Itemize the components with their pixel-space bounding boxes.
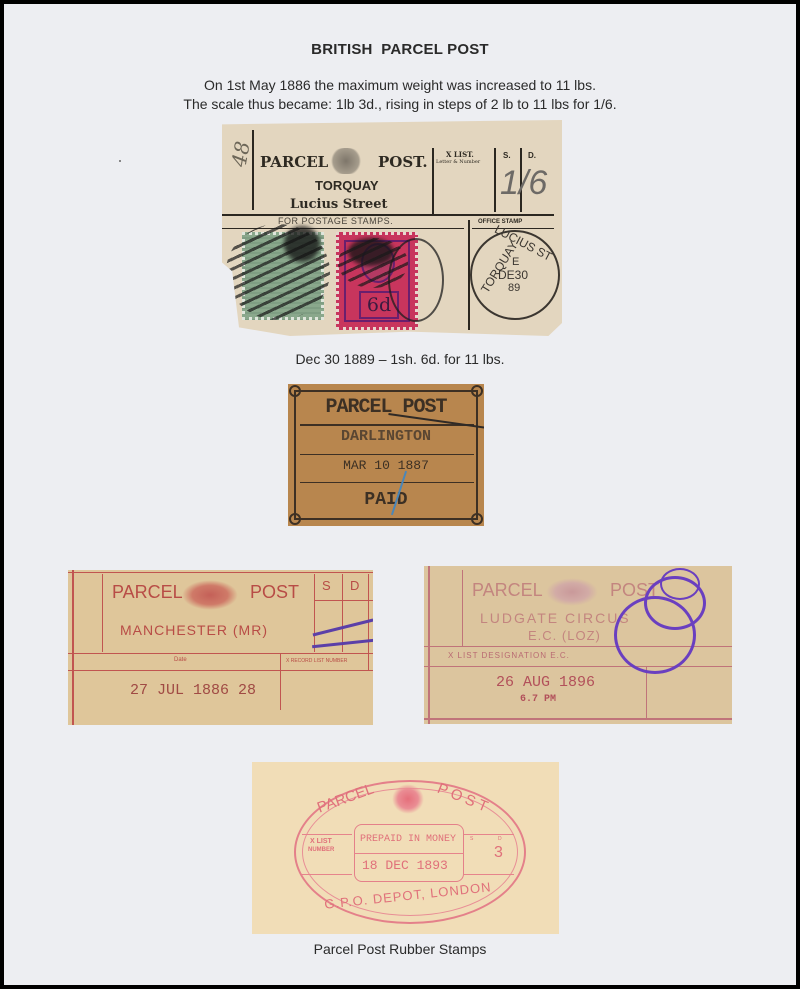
darlington-paid-label: PARCEL POST DARLINGTON MAR 10 1887 PAID (288, 384, 484, 526)
ink-blot (284, 226, 320, 262)
royal-crest-icon (329, 148, 363, 174)
label-parcel: PARCEL (260, 153, 328, 171)
rule (68, 670, 373, 671)
duplex-cancel-bars (338, 238, 408, 288)
amount-pence: 3 (494, 844, 503, 862)
manuscript-margin-note: 48 (227, 139, 255, 168)
manuscript-rate: 1/6 (500, 164, 547, 203)
rule (300, 454, 474, 455)
torquay-cds-postmark: LUCIUS ST E DE30 89 TORQUAY (470, 230, 560, 320)
label-post: POST (250, 582, 299, 603)
office-district: E.C. (LOZ) (528, 628, 601, 643)
label-date: 18 DEC 1893 (362, 858, 448, 873)
label-time: 6.7 PM (520, 694, 556, 705)
page-title: BRITISH PARCEL POST (4, 41, 796, 58)
column-s: S (470, 836, 473, 842)
rule (428, 566, 430, 724)
column-s: S. (503, 151, 511, 160)
royal-crest-icon (546, 578, 598, 606)
label-parcel: PARCEL (472, 580, 543, 601)
postage-stamps-header: FOR POSTAGE STAMPS. (278, 216, 393, 226)
rule (68, 653, 373, 654)
rule (68, 572, 373, 573)
label-date: 26 AUG 1896 (496, 674, 595, 691)
rule (314, 574, 315, 652)
rule (354, 853, 464, 854)
date-label: Date (174, 657, 187, 663)
column-d: D. (528, 151, 536, 160)
royal-crest-icon (182, 580, 238, 610)
column-d: D (498, 836, 502, 842)
ludgate-circus-parcel-label: PARCEL POST LUDGATE CIRCUS E.C. (LOZ) X … (424, 566, 732, 724)
intro-line-1: On 1st May 1886 the maximum weight was i… (4, 76, 796, 95)
label-date: MAR 10 1887 (288, 458, 484, 473)
x-list-header: X LIST. (446, 150, 474, 159)
label-title: PARCEL POST (288, 396, 484, 419)
album-page: BRITISH PARCEL POST On 1st May 1886 the … (4, 4, 796, 985)
manchester-parcel-label: PARCEL POST MANCHESTER (MR) S D Date X R… (68, 570, 373, 725)
intro-line-2: The scale thus became: 1lb 3d., rising i… (4, 95, 796, 114)
paid-status: PAID (288, 490, 484, 510)
rule (102, 574, 103, 652)
rule (464, 874, 514, 875)
rule (302, 874, 352, 875)
rule (252, 130, 254, 210)
rule (432, 148, 434, 216)
rule (342, 574, 343, 652)
rule (302, 834, 352, 835)
paper-speck (119, 160, 121, 162)
record-list-label: X RECORD LIST NUMBER (286, 658, 347, 664)
rule (72, 570, 74, 725)
caption-torquay: Dec 30 1889 – 1sh. 6d. for 11 lbs. (4, 351, 796, 367)
office-name: LUDGATE CIRCUS (480, 610, 631, 626)
office-name: DARLINGTON (288, 428, 484, 445)
prepaid-text: PREPAID IN MONEY (360, 834, 456, 845)
label-post: POST. (378, 153, 428, 171)
label-parcel: PARCEL (112, 582, 183, 603)
violet-scribble-loop (660, 568, 700, 600)
list-designation: X LIST DESIGNATION E.C. (448, 651, 570, 660)
column-d: D (350, 578, 359, 593)
rule (424, 666, 732, 667)
royal-crest-icon (392, 784, 424, 814)
rule (280, 654, 281, 710)
x-list-subheader: Letter & Number (436, 159, 480, 165)
office-street: Lucius Street (290, 197, 388, 212)
rule (314, 600, 373, 601)
office-name: TORQUAY (315, 178, 379, 193)
x-list-header: X LIST (310, 838, 332, 845)
rule (462, 570, 463, 646)
gpo-depot-parcel-stamp: PARCEL POST X LIST NUMBER PREPAID IN MON… (252, 762, 559, 934)
rule (300, 482, 474, 483)
rule (494, 148, 496, 212)
rule (424, 718, 732, 720)
corner-ornament (471, 513, 483, 525)
rule (464, 834, 514, 835)
office-name: MANCHESTER (MR) (120, 622, 268, 638)
postmark-year: 89 (508, 282, 520, 294)
torquay-parcel-label: 48 PARCEL POST. TORQUAY Lucius Street X … (222, 120, 562, 336)
corner-ornament (289, 513, 301, 525)
column-s: S (322, 578, 331, 593)
intro-text: On 1st May 1886 the maximum weight was i… (4, 76, 796, 114)
rule (646, 666, 647, 718)
rule (300, 424, 474, 426)
label-date: 27 JUL 1886 28 (130, 682, 256, 699)
x-list-subheader: NUMBER (308, 847, 334, 853)
caption-rubber-stamps: Parcel Post Rubber Stamps (4, 941, 796, 957)
